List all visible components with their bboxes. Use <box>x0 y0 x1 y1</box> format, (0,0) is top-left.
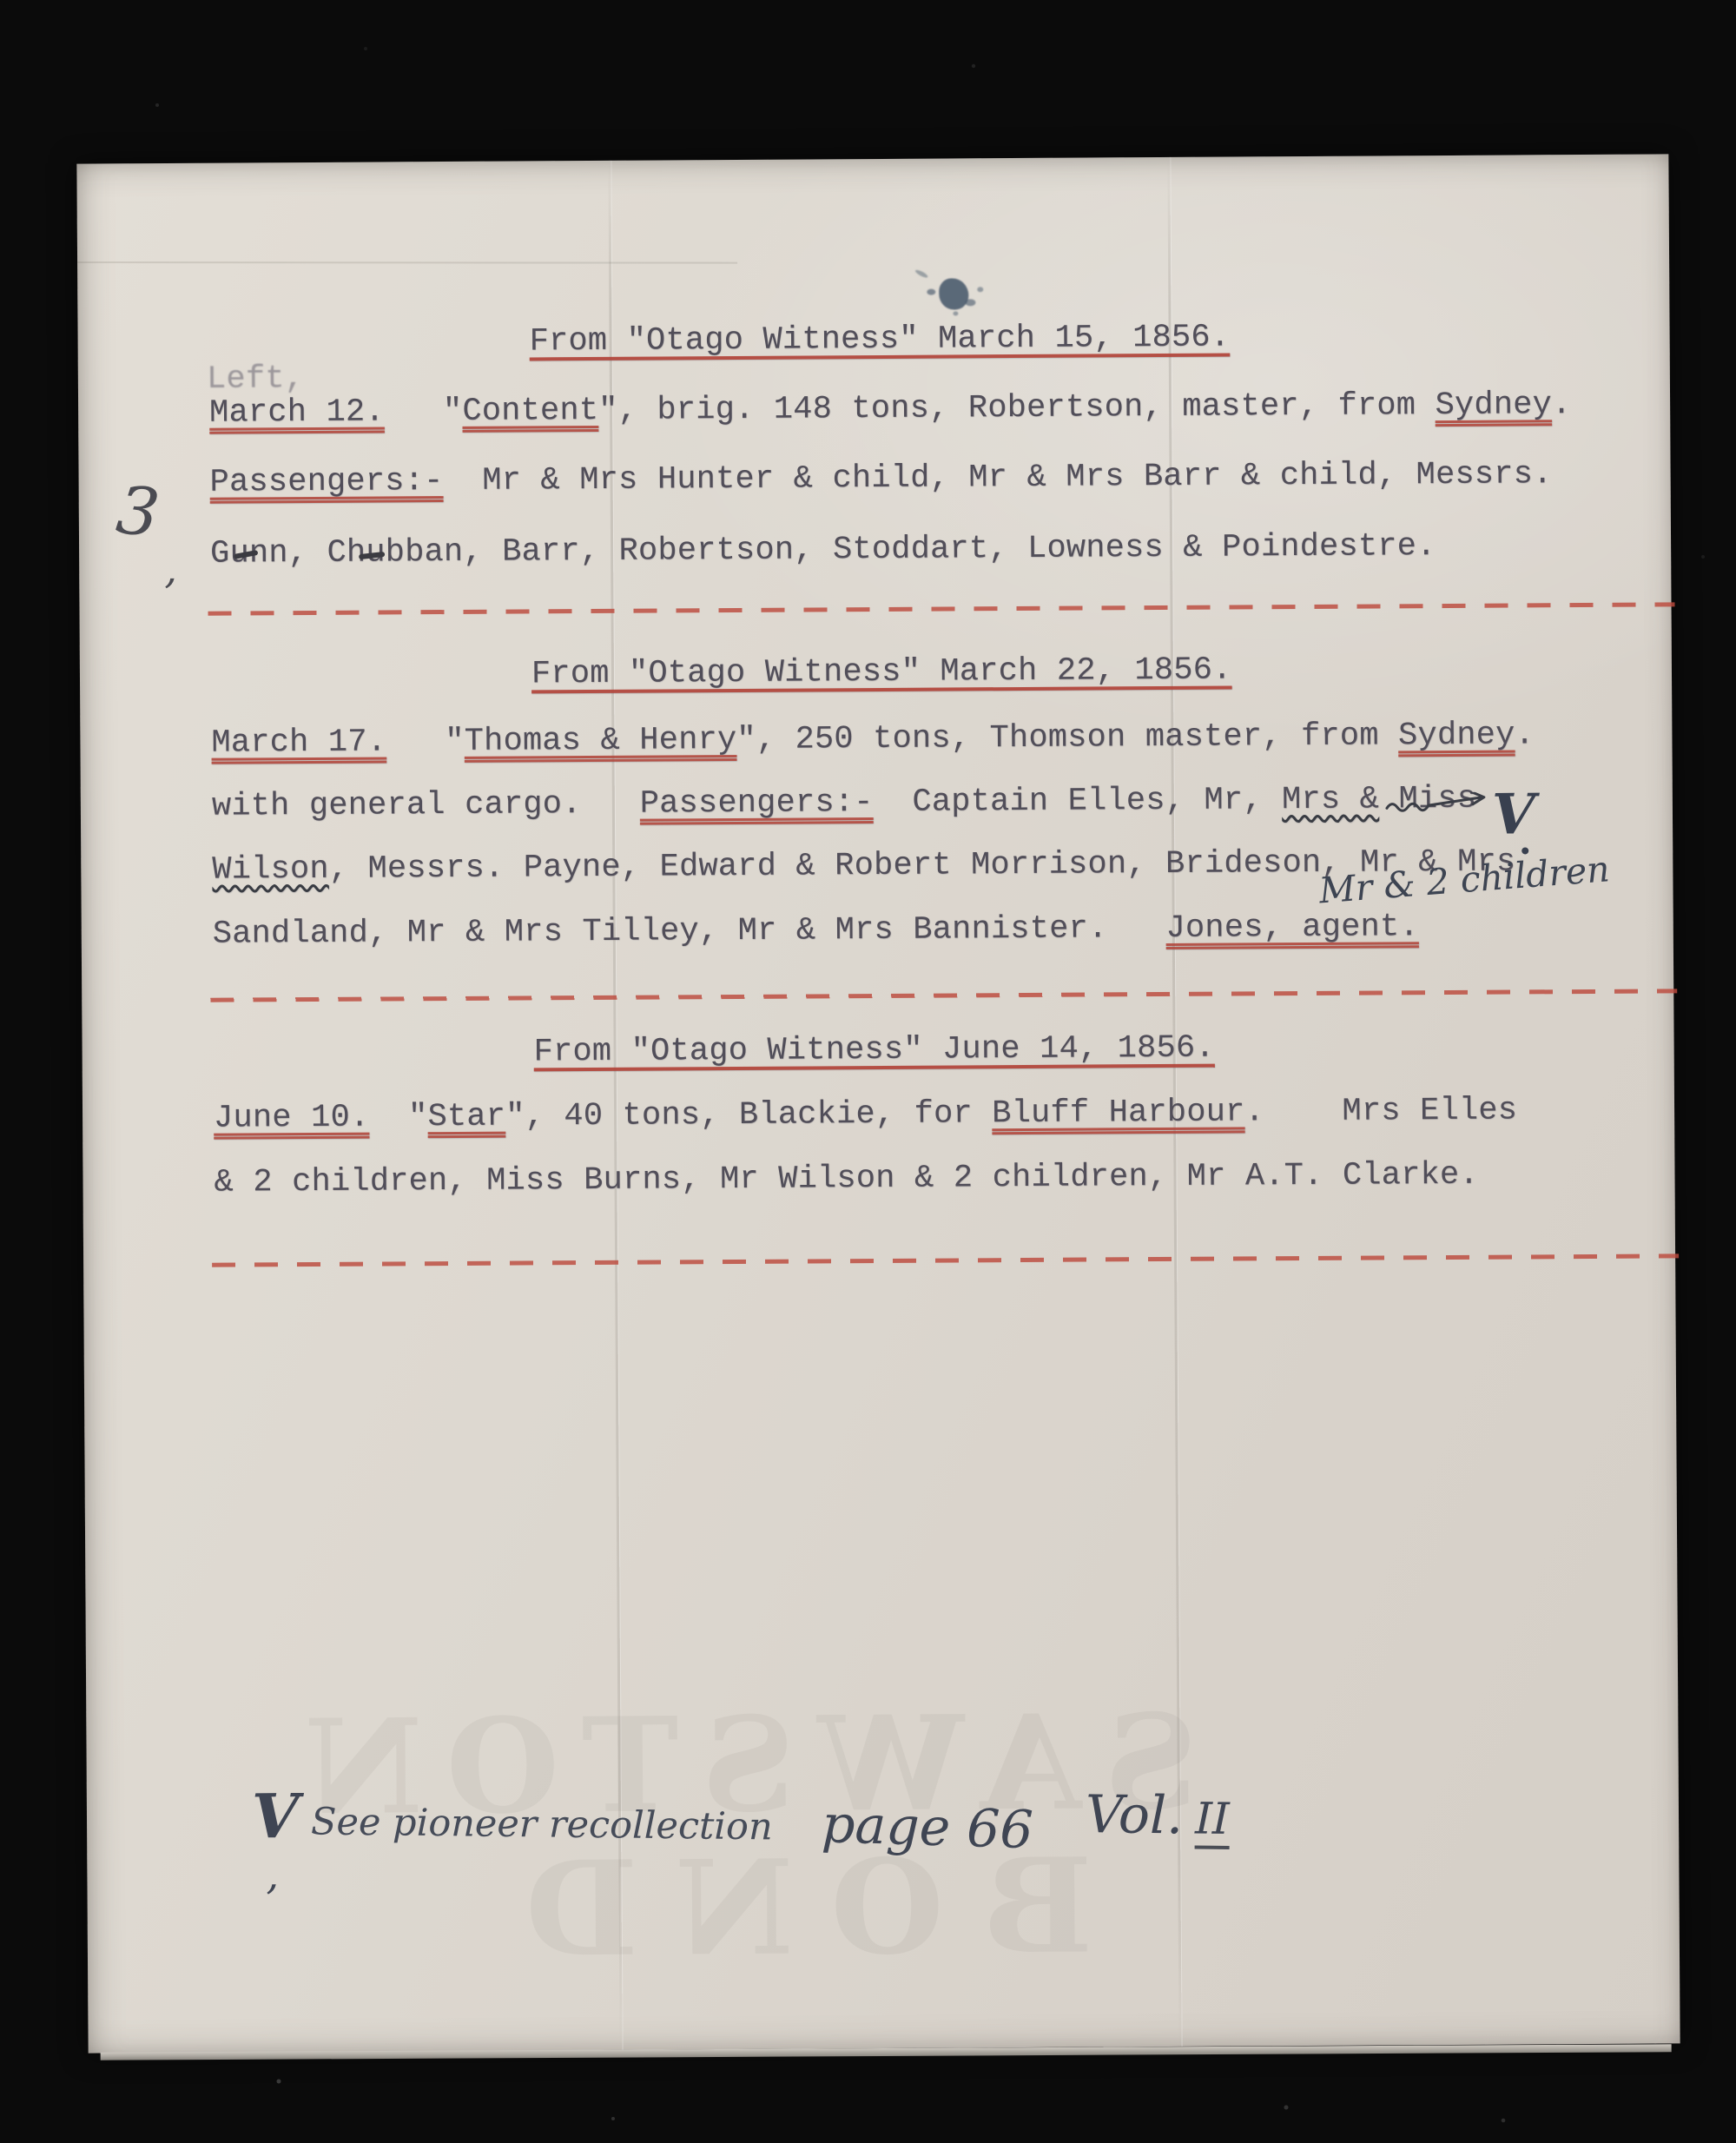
typed-text: Mr & Mrs Hunter & child, Mr & Mrs Barr &… <box>443 456 1552 499</box>
bottom-note-comma: , <box>266 1851 279 1898</box>
date-march-17: March 17. <box>211 724 386 761</box>
section1-title-text: From "Otago Witness" March 15, 1856. <box>530 320 1231 360</box>
typed-text: Gunn, Chubban, Barr, Robertson, Stoddart… <box>210 528 1436 572</box>
port-bluff-harbour: Bluff Harbour <box>992 1094 1245 1132</box>
typed-text: & 2 children, Miss Burns, Mr Wilson & 2 … <box>214 1157 1478 1201</box>
pencil-arrow-icon <box>1385 792 1498 816</box>
typed-text: ", brig. 148 tons, Robertson, master, fr… <box>598 387 1436 429</box>
v-annotation-mark: V <box>1492 782 1535 847</box>
section3-title: From "Otago Witness" June 14, 1856. <box>533 1029 1214 1073</box>
red-dashed-separator-2 <box>210 989 1677 1002</box>
red-dashed-separator-3 <box>212 1253 1679 1267</box>
typed-line-s2-l1: March 17. "Thomas & Henry", 250 tons, Th… <box>211 715 1535 763</box>
paper-sheet: SAWSTON BOND From "Otago Witness" March … <box>76 154 1680 2053</box>
volume-label: Vol. <box>1086 1784 1184 1846</box>
section2-title: From "Otago Witness" March 22, 1856. <box>531 651 1232 695</box>
watermark-line-2: BOND <box>382 1832 1199 1985</box>
red-dashed-separator-1 <box>208 602 1675 615</box>
typed-line-s3-l1: June 10. "Star", 40 tons, Blackie, for B… <box>214 1091 1517 1139</box>
port-sydney: Sydney <box>1435 387 1552 424</box>
margin-comma-mark: , <box>164 546 177 592</box>
typed-text: . Mrs Elles <box>1244 1093 1517 1131</box>
bottom-note-volume-ref: Vol.II <box>1086 1784 1231 1847</box>
typed-line-s1-l3: Gunn, Chubban, Barr, Robertson, Stoddart… <box>210 526 1436 574</box>
typed-text: . <box>1552 387 1572 423</box>
typed-line-s1-l2: Passengers:- Mr & Mrs Hunter & child, Mr… <box>209 454 1552 502</box>
dust-specks <box>0 0 2 2</box>
scanned-document-photo: SAWSTON BOND From "Otago Witness" March … <box>0 0 1736 2143</box>
typed-text: " <box>385 394 463 431</box>
bottom-note-page-ref: page 66 <box>821 1794 1033 1861</box>
section1-title: From "Otago Witness" March 15, 1856. <box>529 318 1230 362</box>
port-sydney-2: Sydney <box>1398 718 1515 755</box>
typed-line-s3-l2: & 2 children, Miss Burns, Mr Wilson & 2 … <box>214 1155 1479 1203</box>
ship-star: Star <box>427 1099 505 1136</box>
typed-text: . <box>1515 717 1535 753</box>
ink-smudge <box>911 264 998 326</box>
section3-title-text: From "Otago Witness" June 14, 1856. <box>534 1030 1215 1071</box>
typed-text: with general cargo. <box>212 786 640 825</box>
ship-thomas-henry: Thomas & Henry <box>465 722 737 760</box>
pencil-underlined-mrs: Mrs & <box>1282 781 1379 818</box>
typed-text: Sandland, Mr & Mrs Tilley, Mr & Mrs Bann… <box>213 910 1166 953</box>
pencil-underlined-wilson: Wilson <box>212 851 329 889</box>
paper-edge <box>101 2044 1672 2060</box>
ship-content: Content <box>462 393 598 430</box>
typed-text: " <box>386 724 465 761</box>
typed-line-s2-l2: with general cargo. Passengers:- Captain… <box>212 779 1477 827</box>
typed-text: ", 250 tons, Thomson master, from <box>736 718 1398 758</box>
date-june-10: June 10. <box>214 1100 369 1137</box>
typed-line-s1-l1: March 12. "Content", brig. 148 tons, Rob… <box>209 385 1572 433</box>
bottom-note-text: See pioneer recollection <box>311 1800 773 1849</box>
section2-title-text: From "Otago Witness" March 22, 1856. <box>531 652 1232 693</box>
typed-line-s2-l4: Sandland, Mr & Mrs Tilley, Mr & Mrs Bann… <box>213 907 1419 954</box>
date-march-12: March 12. <box>209 394 385 431</box>
volume-numeral: II <box>1195 1794 1230 1849</box>
jones-agent: Jones, agent. <box>1165 909 1419 947</box>
typed-text: " <box>369 1099 427 1135</box>
bottom-note-v-mark: V <box>252 1780 300 1852</box>
typed-text: Captain Elles, Mr, <box>873 782 1282 821</box>
passengers-label: Passengers:- <box>209 463 443 501</box>
fold-crease-top <box>77 261 737 264</box>
passengers-label-2: Passengers:- <box>640 784 874 823</box>
margin-squiggle-mark: 3 <box>113 471 163 552</box>
typed-text: ", 40 tons, Blackie, for <box>505 1095 992 1134</box>
